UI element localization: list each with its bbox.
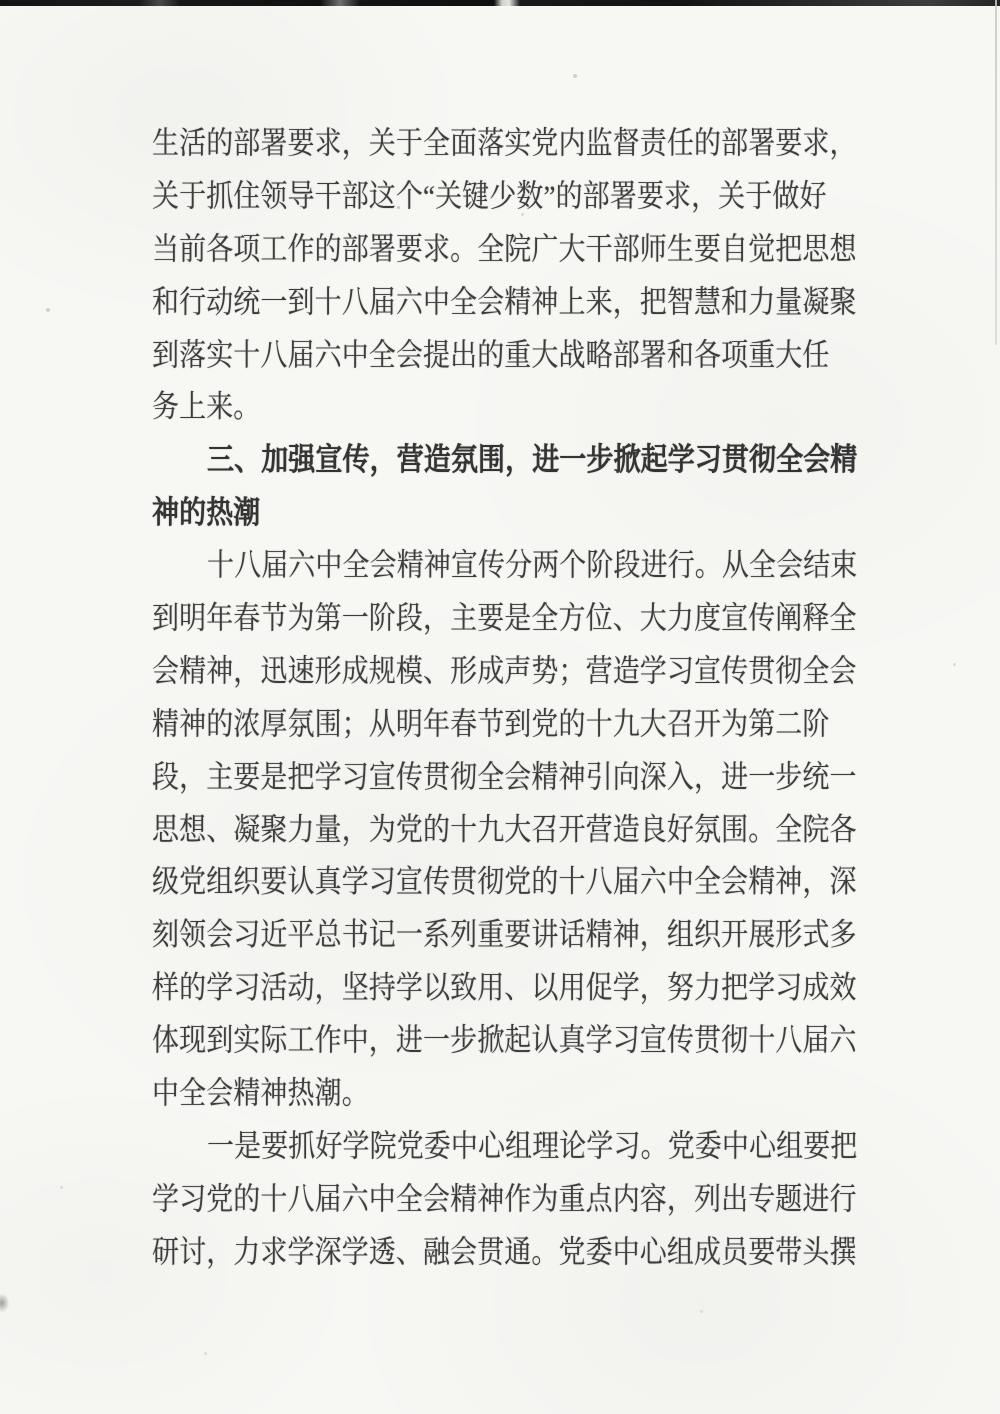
scan-speck [700,1310,703,1313]
text-line: 和行动统一到十八届六中全会精神上来，把智慧和力量凝聚 [152,276,864,329]
text-line: 体现到实际工作中，进一步掀起认真学习宣传贯彻十八届六 [152,1015,864,1068]
section-heading-line: 三、加强宣传，营造氛围，进一步掀起学习贯彻全会精 [152,435,864,488]
text-line: 级党组织要认真学习宣传贯彻党的十八届六中全会精神，深 [152,857,864,910]
text-line: 到落实十八届六中全会提出的重大战略部署和各项重大任 [152,329,864,382]
text-line: 当前各项工作的部署要求。全院广大干部师生要自觉把思想 [152,224,864,277]
scan-speck [204,1352,207,1355]
scan-smudge-mark [0,1294,9,1312]
text-line: 生活的部署要求，关于全面落实党内监督责任的部署要求， [152,118,864,171]
scanner-top-edge-artifact [0,0,1000,6]
text-line: 关于抓住领导干部这个“关键少数”的部署要求，关于做好 [152,171,864,224]
text-line: 段，主要是把学习宣传贯彻全会精神引向深入，进一步统一 [152,751,864,804]
text-line: 务上来。 [152,382,864,435]
scanned-document-page: { "page": { "type": "scanned-document", … [0,0,1000,1414]
scan-speck [60,1186,63,1189]
text-line: 会精神，迅速形成规模、形成声势；营造学习宣传贯彻全会 [152,646,864,699]
text-line: 一是要抓好学院党委中心组理论学习。党委中心组要把 [152,1121,864,1174]
text-line: 刻领会习近平总书记一系列重要讲话精神，组织开展形式多 [152,910,864,963]
scan-speck [573,74,577,78]
scan-speck [46,308,50,312]
text-line: 样的学习活动，坚持学以致用、以用促学，努力把学习成效 [152,962,864,1015]
text-line: 中全会精神热潮。 [152,1068,864,1121]
text-line: 精神的浓厚氛围；从明年春节到党的十九大召开为第二阶 [152,699,864,752]
text-line: 学习党的十八届六中全会精神作为重点内容，列出专题进行 [152,1173,864,1226]
page-right-edge-line [995,0,997,345]
document-text-block: 生活的部署要求，关于全面落实党内监督责任的部署要求，关于抓住领导干部这个“关键少… [152,118,864,1279]
text-line: 研讨，力求学深学透、融会贯通。党委中心组成员要带头撰 [152,1226,864,1279]
text-line: 思想、凝聚力量，为党的十九大召开营造良好氛围。全院各 [152,804,864,857]
section-heading-line: 神的热潮 [152,487,864,540]
scan-speck [953,663,956,666]
text-line: 到明年春节为第一阶段，主要是全方位、大力度宣传阐释全 [152,593,864,646]
text-line: 十八届六中全会精神宣传分两个阶段进行。从全会结束 [152,540,864,593]
